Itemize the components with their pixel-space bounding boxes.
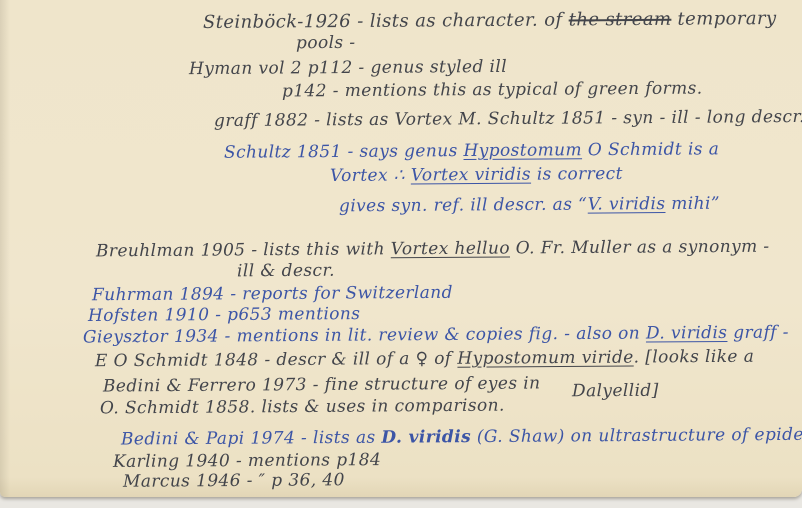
handwriting-segment: Marcus 1946 - ″ p 36, 40 — [123, 470, 345, 492]
handwriting-segment: D. viridis — [646, 323, 728, 344]
handwriting-segment: p142 - mentions this as typical of green… — [282, 79, 703, 102]
handwriting-segment: Fuhrman 1894 - reports for Switzerland — [92, 283, 453, 306]
handwriting-segment: Hofsten 1910 - p653 mentions — [88, 304, 361, 326]
index-card: Steinböck-1926 - lists as character. of … — [0, 0, 802, 497]
handwritten-line: Fuhrman 1894 - reports for Switzerland — [92, 283, 453, 306]
handwriting-segment: Hypostomum viride — [457, 348, 633, 369]
handwritten-line: gives syn. ref. ill descr. as “V. viridi… — [339, 194, 720, 217]
scan-background: Steinböck-1926 - lists as character. of … — [0, 0, 802, 508]
handwriting-segment: Bedini & Papi 1974 - lists as — [121, 428, 382, 450]
handwritten-line: Breuhlman 1905 - lists this with Vortex … — [96, 237, 770, 262]
handwritten-line: Steinböck-1926 - lists as character. of … — [203, 8, 777, 33]
handwriting-segment: O. Schmidt 1858. lists & uses in compari… — [100, 396, 505, 419]
handwriting-segment: Steinböck-1926 - lists as character. of — [203, 9, 569, 33]
handwritten-line: p142 - mentions this as typical of green… — [282, 79, 703, 102]
handwriting-segment: Vortex viridis — [411, 165, 531, 186]
handwriting-segment: pools - — [296, 33, 356, 53]
handwriting-segment: temporary — [671, 8, 776, 30]
handwriting-segment: Vortex helluo — [391, 238, 510, 259]
handwriting-segment: the stream — [569, 9, 672, 31]
handwritten-line: Vortex ∴ Vortex viridis is correct — [330, 164, 623, 186]
handwriting-segment: Hyman vol 2 p112 - genus styled ill — [189, 57, 507, 79]
handwriting-segment: O. Fr. Muller as a synonym - — [510, 237, 770, 259]
handwriting-segment: D. viridis — [381, 427, 471, 448]
handwriting-segment: . [looks like a — [634, 347, 755, 368]
handwritten-line: ill & descr. — [237, 261, 335, 282]
handwriting-segment: Gieysztor 1934 - mentions in lit. review… — [83, 324, 646, 348]
handwritten-line: Karling 1940 - mentions p184 — [113, 450, 381, 472]
handwritten-line: Bedini & Ferrero 1973 - fine structure o… — [103, 373, 541, 396]
handwriting-segment: O Schmidt is a — [582, 139, 719, 160]
handwriting-segment: graff - — [727, 323, 789, 343]
handwriting-segment: Dalyellid] — [572, 381, 659, 402]
handwriting-segment: gives syn. ref. ill descr. as “ — [339, 195, 588, 217]
handwriting-segment: Karling 1940 - mentions p184 — [113, 450, 381, 472]
handwriting-segment: (G. Shaw) on ultrastructure of epidermis — [471, 424, 802, 447]
handwritten-line: Marcus 1946 - ″ p 36, 40 — [123, 470, 345, 492]
handwritten-line: Hofsten 1910 - p653 mentions — [88, 304, 361, 326]
handwriting-segment: Bedini & Ferrero 1973 - fine structure o… — [103, 373, 541, 396]
handwriting-segment: V. viridis — [588, 194, 666, 215]
handwritten-line: E O Schmidt 1848 - descr & ill of a ♀ of… — [95, 347, 754, 372]
handwritten-line: Hyman vol 2 p112 - genus styled ill — [189, 57, 507, 79]
handwriting-segment: Schultz 1851 - says genus — [224, 141, 464, 163]
handwritten-line: O. Schmidt 1858. lists & uses in compari… — [100, 396, 505, 419]
handwriting-segment: Breuhlman 1905 - lists this with — [96, 239, 391, 261]
handwritten-line: Bedini & Papi 1974 - lists as D. viridis… — [121, 424, 802, 449]
handwritten-line: pools - — [296, 33, 356, 53]
handwriting-segment: is correct — [531, 164, 623, 185]
handwriting-segment: E O Schmidt 1848 - descr & ill of a ♀ of — [95, 349, 458, 372]
handwritten-line: Dalyellid] — [572, 381, 659, 402]
handwritten-line: Schultz 1851 - says genus Hypostomum O S… — [224, 139, 719, 162]
handwriting-layer: Steinböck-1926 - lists as character. of … — [0, 0, 802, 497]
handwriting-segment: mihi” — [665, 194, 720, 214]
handwriting-segment: graff 1882 - lists as Vortex M. Schultz … — [214, 107, 802, 131]
handwriting-segment: Hypostomum — [463, 140, 582, 161]
handwriting-segment: ill & descr. — [237, 261, 335, 282]
handwriting-segment: Vortex ∴ — [330, 165, 411, 186]
handwritten-line: graff 1882 - lists as Vortex M. Schultz … — [214, 107, 802, 131]
handwritten-line: Gieysztor 1934 - mentions in lit. review… — [83, 323, 789, 348]
